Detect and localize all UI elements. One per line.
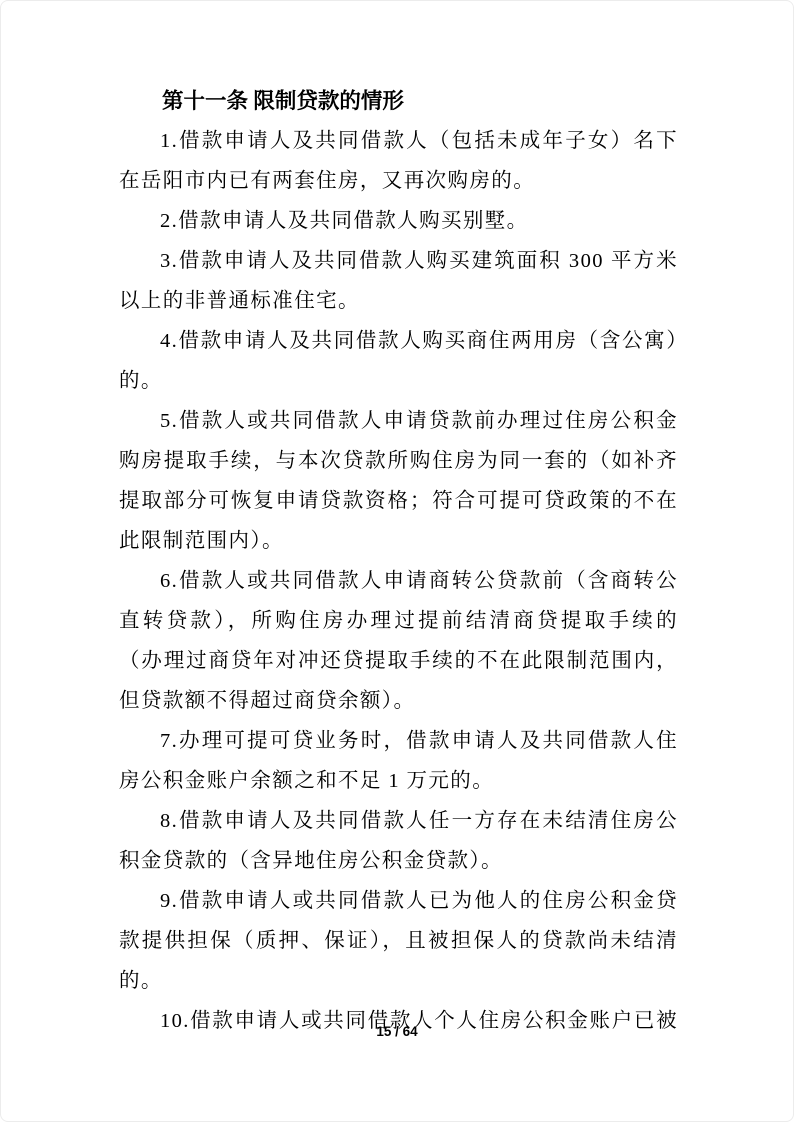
paragraph: 1.借款申请人及共同借款人（包括未成年子女）名下在岳阳市内已有两套住房，又再次购… xyxy=(119,121,678,201)
section-heading: 第十一条 限制贷款的情形 xyxy=(119,81,678,121)
paragraph: 4.借款申请人及共同借款人购买商住两用房（含公寓）的。 xyxy=(119,321,678,401)
paragraph: 8.借款申请人及共同借款人任一方存在未结清住房公积金贷款的（含异地住房公积金贷款… xyxy=(119,801,678,881)
document-body: 第十一条 限制贷款的情形 1.借款申请人及共同借款人（包括未成年子女）名下在岳阳… xyxy=(119,81,678,1041)
paragraph: 3.借款申请人及共同借款人购买建筑面积 300 平方米以上的非普通标准住宅。 xyxy=(119,241,678,321)
paragraph: 6.借款人或共同借款人申请商转公贷款前（含商转公直转贷款），所购住房办理过提前结… xyxy=(119,561,678,721)
paragraph: 9.借款申请人或共同借款人已为他人的住房公积金贷款提供担保（质押、保证），且被担… xyxy=(119,881,678,1001)
document-page: 第十一条 限制贷款的情形 1.借款申请人及共同借款人（包括未成年子女）名下在岳阳… xyxy=(0,0,794,1122)
paragraph: 7.办理可提可贷业务时，借款申请人及共同借款人住房公积金账户余额之和不足 1 万… xyxy=(119,721,678,801)
paragraph: 5.借款人或共同借款人申请贷款前办理过住房公积金购房提取手续，与本次贷款所购住房… xyxy=(119,401,678,561)
paragraph: 2.借款申请人及共同借款人购买别墅。 xyxy=(119,201,678,241)
page-number: 15 / 64 xyxy=(1,1023,793,1041)
paragraph-list: 1.借款申请人及共同借款人（包括未成年子女）名下在岳阳市内已有两套住房，又再次购… xyxy=(119,121,678,1041)
